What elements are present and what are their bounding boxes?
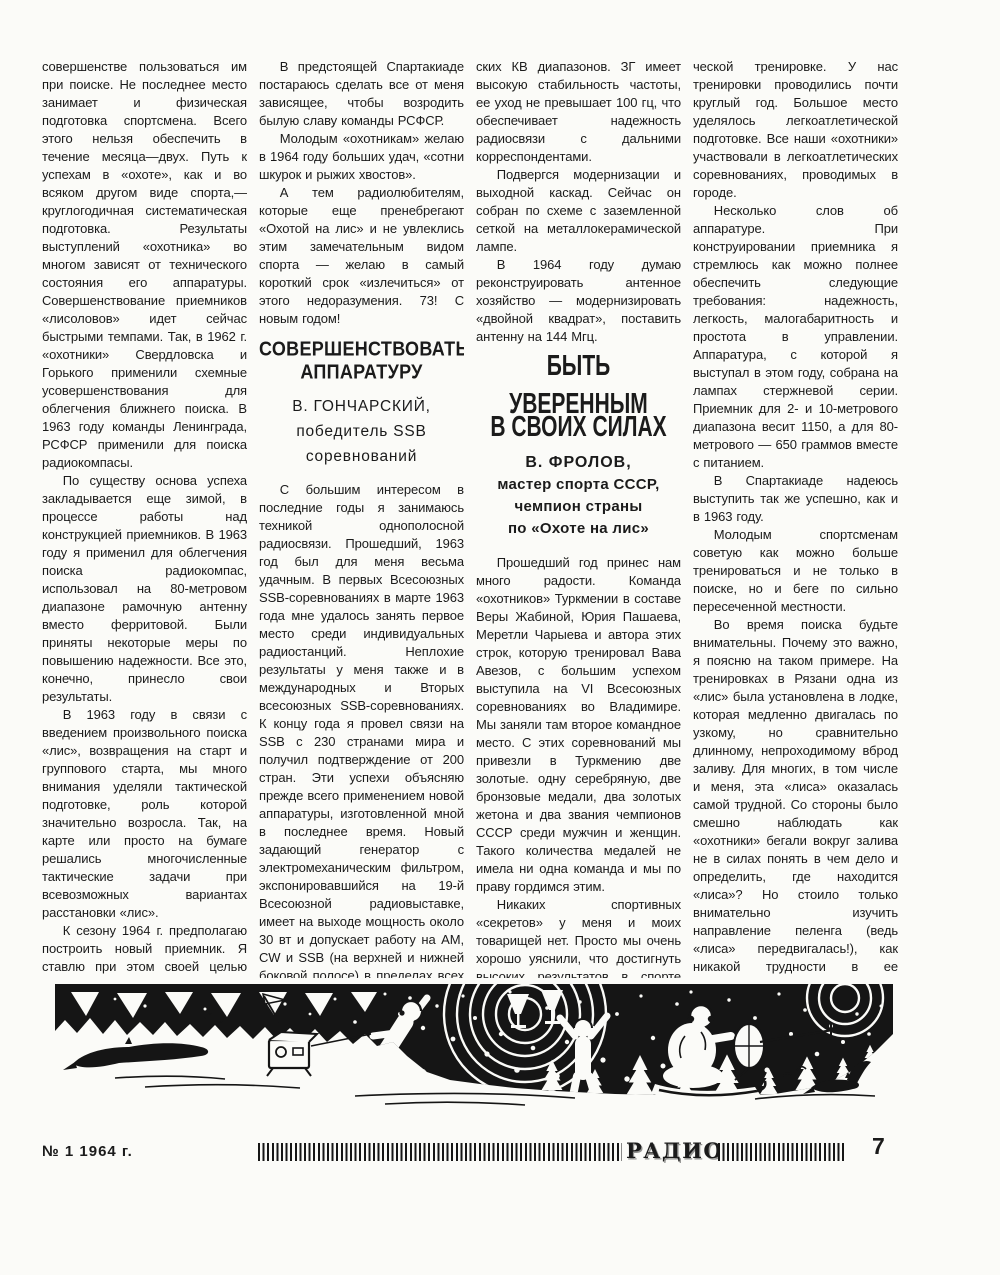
byline-line: чемпион страны [476, 496, 681, 518]
article-title: СОВЕРШЕНСТВОВАТЬ АППАРАТУРУ [259, 338, 464, 384]
paragraph: В 1963 году в связи с введением произвол… [42, 706, 247, 922]
magazine-page: совершенстве пользоваться им при поиске.… [0, 0, 1000, 1275]
title-line: В СВОИХ СИЛАХ [476, 409, 681, 447]
text-columns: совершенстве пользоваться им при поиске.… [42, 58, 898, 978]
paragraph: В Спартакиаде надеюсь выступить так же у… [693, 472, 898, 526]
column-4: ческой тренировке. У нас тренировки пров… [693, 58, 898, 978]
byline-line: В. ФРОЛОВ, [476, 452, 681, 474]
column-3: ских КВ диапазонов. ЗГ имеет высокую ста… [476, 58, 681, 978]
paragraph: К сезону 1964 г. предполагаю построить н… [42, 922, 247, 978]
footer-issue-label: № 1 1964 г. [42, 1143, 133, 1160]
page-number: 7 [872, 1133, 885, 1160]
fox-silhouette [63, 1037, 208, 1070]
footer-decorative-stripe-left [258, 1143, 622, 1161]
paragraph: С большим интересом в последние годы я з… [259, 481, 464, 978]
footer-decorative-stripe-right [718, 1143, 845, 1161]
paragraph: Во время поиска будьте внимательны. Поче… [693, 616, 898, 978]
article-header-be-confident: БЫТЬ УВЕРЕННЫМ В СВОИХ СИЛАХ В. ФРОЛОВ, … [476, 358, 681, 540]
paragraph: Несколько слов об аппаратуре. При констр… [693, 202, 898, 472]
winter-fox-hunt-cartoon-illustration [55, 984, 893, 1112]
paragraph: совершенстве пользоваться им при поиске.… [42, 58, 247, 472]
night-forest-band [55, 984, 893, 1101]
byline-line: по «Охоте на лис» [476, 518, 681, 540]
paragraph: ческой тренировке. У нас тренировки пров… [693, 58, 898, 202]
article-byline: В. ФРОЛОВ, мастер спорта СССР, чемпион с… [476, 452, 681, 540]
paragraph: В предстоящей Спартакиаде постараюсь сде… [259, 58, 464, 130]
magazine-logo: РАДИО [626, 1138, 716, 1163]
article-header-improve-equipment: СОВЕРШЕНСТВОВАТЬ АППАРАТУРУ В. ГОНЧАРСКИ… [259, 338, 464, 469]
title-line: СОВЕРШЕНСТВОВАТЬ [259, 337, 464, 363]
paragraph: Молодым «охотникам» желаю в 1964 году бо… [259, 130, 464, 184]
byline-line: мастер спорта СССР, [476, 474, 681, 496]
paragraph: Никаких спортивных «секретов» у меня и м… [476, 896, 681, 978]
paragraph: В 1964 году думаю реконструировать антен… [476, 256, 681, 346]
column-1: совершенстве пользоваться им при поиске.… [42, 58, 247, 978]
article-byline: В. ГОНЧАРСКИЙ, победитель SSB соревнован… [259, 394, 464, 469]
column-2: В предстоящей Спартакиаде постараюсь сде… [259, 58, 464, 978]
byline-line: победитель SSB [259, 419, 464, 444]
paragraph: Молодым спортсменам советую как можно бо… [693, 526, 898, 616]
paragraph: ских КВ диапазонов. ЗГ имеет высокую ста… [476, 58, 681, 166]
byline-line: В. ГОНЧАРСКИЙ, [259, 394, 464, 419]
paragraph: По существу основа успеха закладывается … [42, 472, 247, 706]
article-title: БЫТЬ УВЕРЕННЫМ В СВОИХ СИЛАХ [476, 358, 681, 442]
paragraph: А тем радиолюбителям, которые еще пренеб… [259, 184, 464, 328]
paragraph: Прошедший год принес нам много радости. … [476, 554, 681, 896]
byline-line: соревнований [259, 444, 464, 469]
title-line: АППАРАТУРУ [259, 360, 464, 386]
paragraph: Подвергся модернизации и выходной каскад… [476, 166, 681, 256]
